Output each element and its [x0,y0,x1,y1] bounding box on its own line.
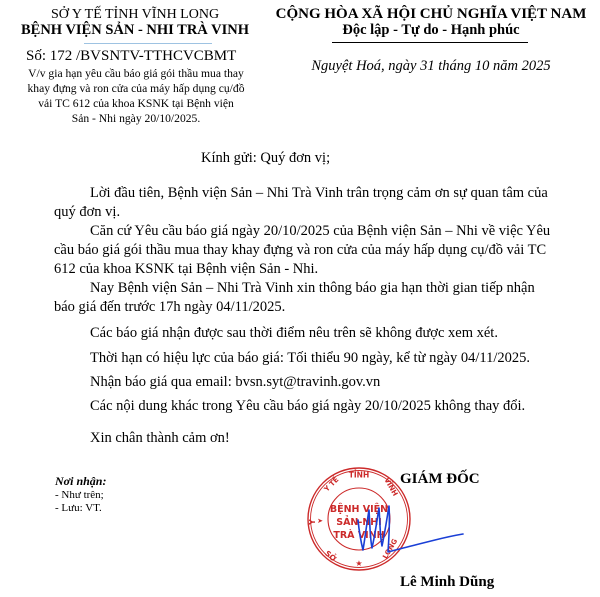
document-subject: V/v gia hạn yêu cầu báo giá gói thầu mua… [16,66,256,126]
subject-line: Sản - Nhi ngày 20/10/2025. [16,111,256,126]
organization-name: BỆNH VIỆN SẢN - NHI TRÀ VINH [0,22,270,39]
recipient-item: - Lưu: VT. [55,502,102,515]
national-title: CỘNG HÒA XÃ HỘI CHỦ NGHĨA VIỆT NAM [262,6,600,23]
svg-text:VĨNH: VĨNH [382,476,400,498]
parent-organization: SỞ Y TẾ TỈNH VĨNH LONG [0,7,270,23]
signature-icon [355,500,465,555]
motto-underline [332,42,528,43]
subject-line: khay đựng và ron cửa của máy hấp dụng cụ… [16,81,256,96]
svg-text:SỞ: SỞ [323,548,339,564]
recipient-item: - Như trên; [55,489,104,502]
recipients-title: Nơi nhận: [55,474,106,489]
paragraph-reference: Căn cứ Yêu cầu báo giá ngày 20/10/2025 c… [54,222,554,279]
paragraph-validity: Thời hạn có hiệu lực của báo giá: Tối th… [90,349,530,368]
paragraph-thanks: Lời đầu tiên, Bệnh viện Sản – Nhi Trà Vi… [54,184,554,222]
svg-text:Y: Y [308,519,317,526]
subject-line: V/v gia hạn yêu cầu báo giá gói thầu mua… [16,66,256,81]
organization-underline [84,43,212,44]
svg-text:★: ★ [355,559,362,568]
national-motto: Độc lập - Tự do - Hạnh phúc [262,22,600,39]
paragraph-unchanged: Các nội dung khác trong Yêu cầu báo giá … [90,397,525,416]
svg-text:TỈNH: TỈNH [349,470,369,480]
place-date: Nguyệt Hoá, ngày 31 tháng 10 năm 2025 [262,58,600,75]
svg-text:➤: ➤ [317,517,323,525]
paragraph-closing: Xin chân thành cảm ơn! [90,429,230,448]
paragraph-extension: Nay Bệnh viện Sản – Nhi Trà Vinh xin thô… [54,279,554,317]
signer-name: Lê Minh Dũng [400,574,494,591]
document-number: Số: 172 /BVSNTV-TTHCVCBMT [26,48,236,65]
paragraph-late-quotes: Các báo giá nhận được sau thời điểm nêu … [90,324,498,343]
paragraph-email: Nhận báo giá qua email: bvsn.syt@travinh… [90,373,380,392]
greeting: Kính gửi: Quý đơn vị; [201,149,330,168]
signer-title: GIÁM ĐỐC [400,471,480,488]
subject-line: vải TC 612 của khoa KSNK tại Bệnh viện [16,96,256,111]
